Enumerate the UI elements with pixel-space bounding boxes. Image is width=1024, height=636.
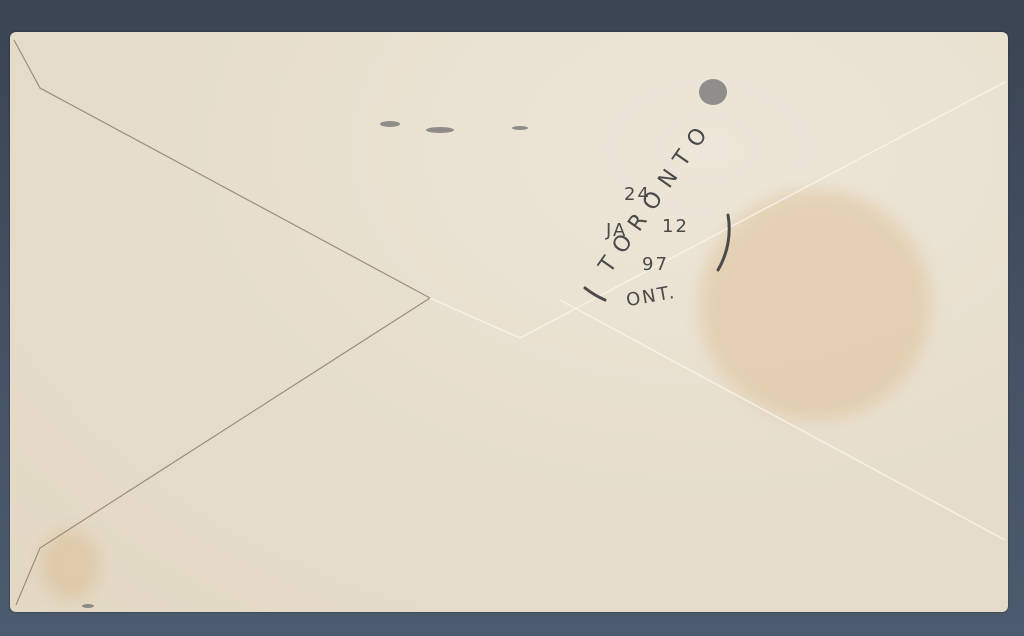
postmark-province: ONT. <box>625 282 678 311</box>
postmark-day: 12 <box>662 216 689 237</box>
postmark-month: JA <box>606 220 627 241</box>
postmark: TORONTO 24 JA 12 97 ONT. <box>560 170 740 320</box>
postmark-year: 97 <box>642 254 669 275</box>
postmark-hour: 24 <box>624 184 651 205</box>
envelope-fold-lines <box>0 0 1024 636</box>
